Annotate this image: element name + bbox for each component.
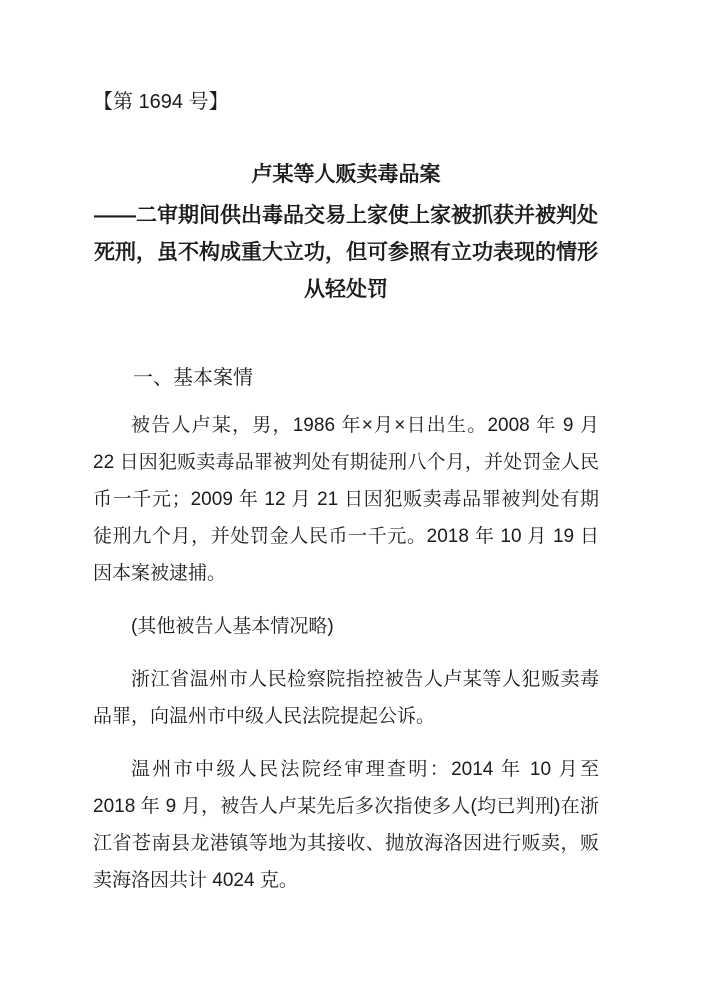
case-title: 卢某等人贩卖毒品案 bbox=[93, 161, 599, 189]
case-subtitle: ——二审期间供出毒品交易上家使上家被抓获并被判处死刑，虽不构成重大立功，但可参照… bbox=[93, 197, 599, 308]
paragraph-defendant-info: 被告人卢某，男，1986 年×月×日出生。2008 年 9 月 22 日因犯贩卖… bbox=[93, 407, 599, 592]
section-heading-basic-facts: 一、基本案情 bbox=[93, 363, 599, 393]
document-page: 【第 1694 号】 卢某等人贩卖毒品案 ——二审期间供出毒品交易上家使上家被抓… bbox=[0, 0, 707, 999]
paragraph-prosecution: 浙江省温州市人民检察院指控被告人卢某等人犯贩卖毒品罪，向温州市中级人民法院提起公… bbox=[93, 661, 599, 735]
paragraph-other-defendants-note: (其他被告人基本情况略) bbox=[93, 608, 599, 645]
document-number: 【第 1694 号】 bbox=[93, 88, 599, 116]
paragraph-court-findings: 温州市中级人民法院经审理查明：2014 年 10 月至 2018 年 9 月，被… bbox=[93, 751, 599, 899]
